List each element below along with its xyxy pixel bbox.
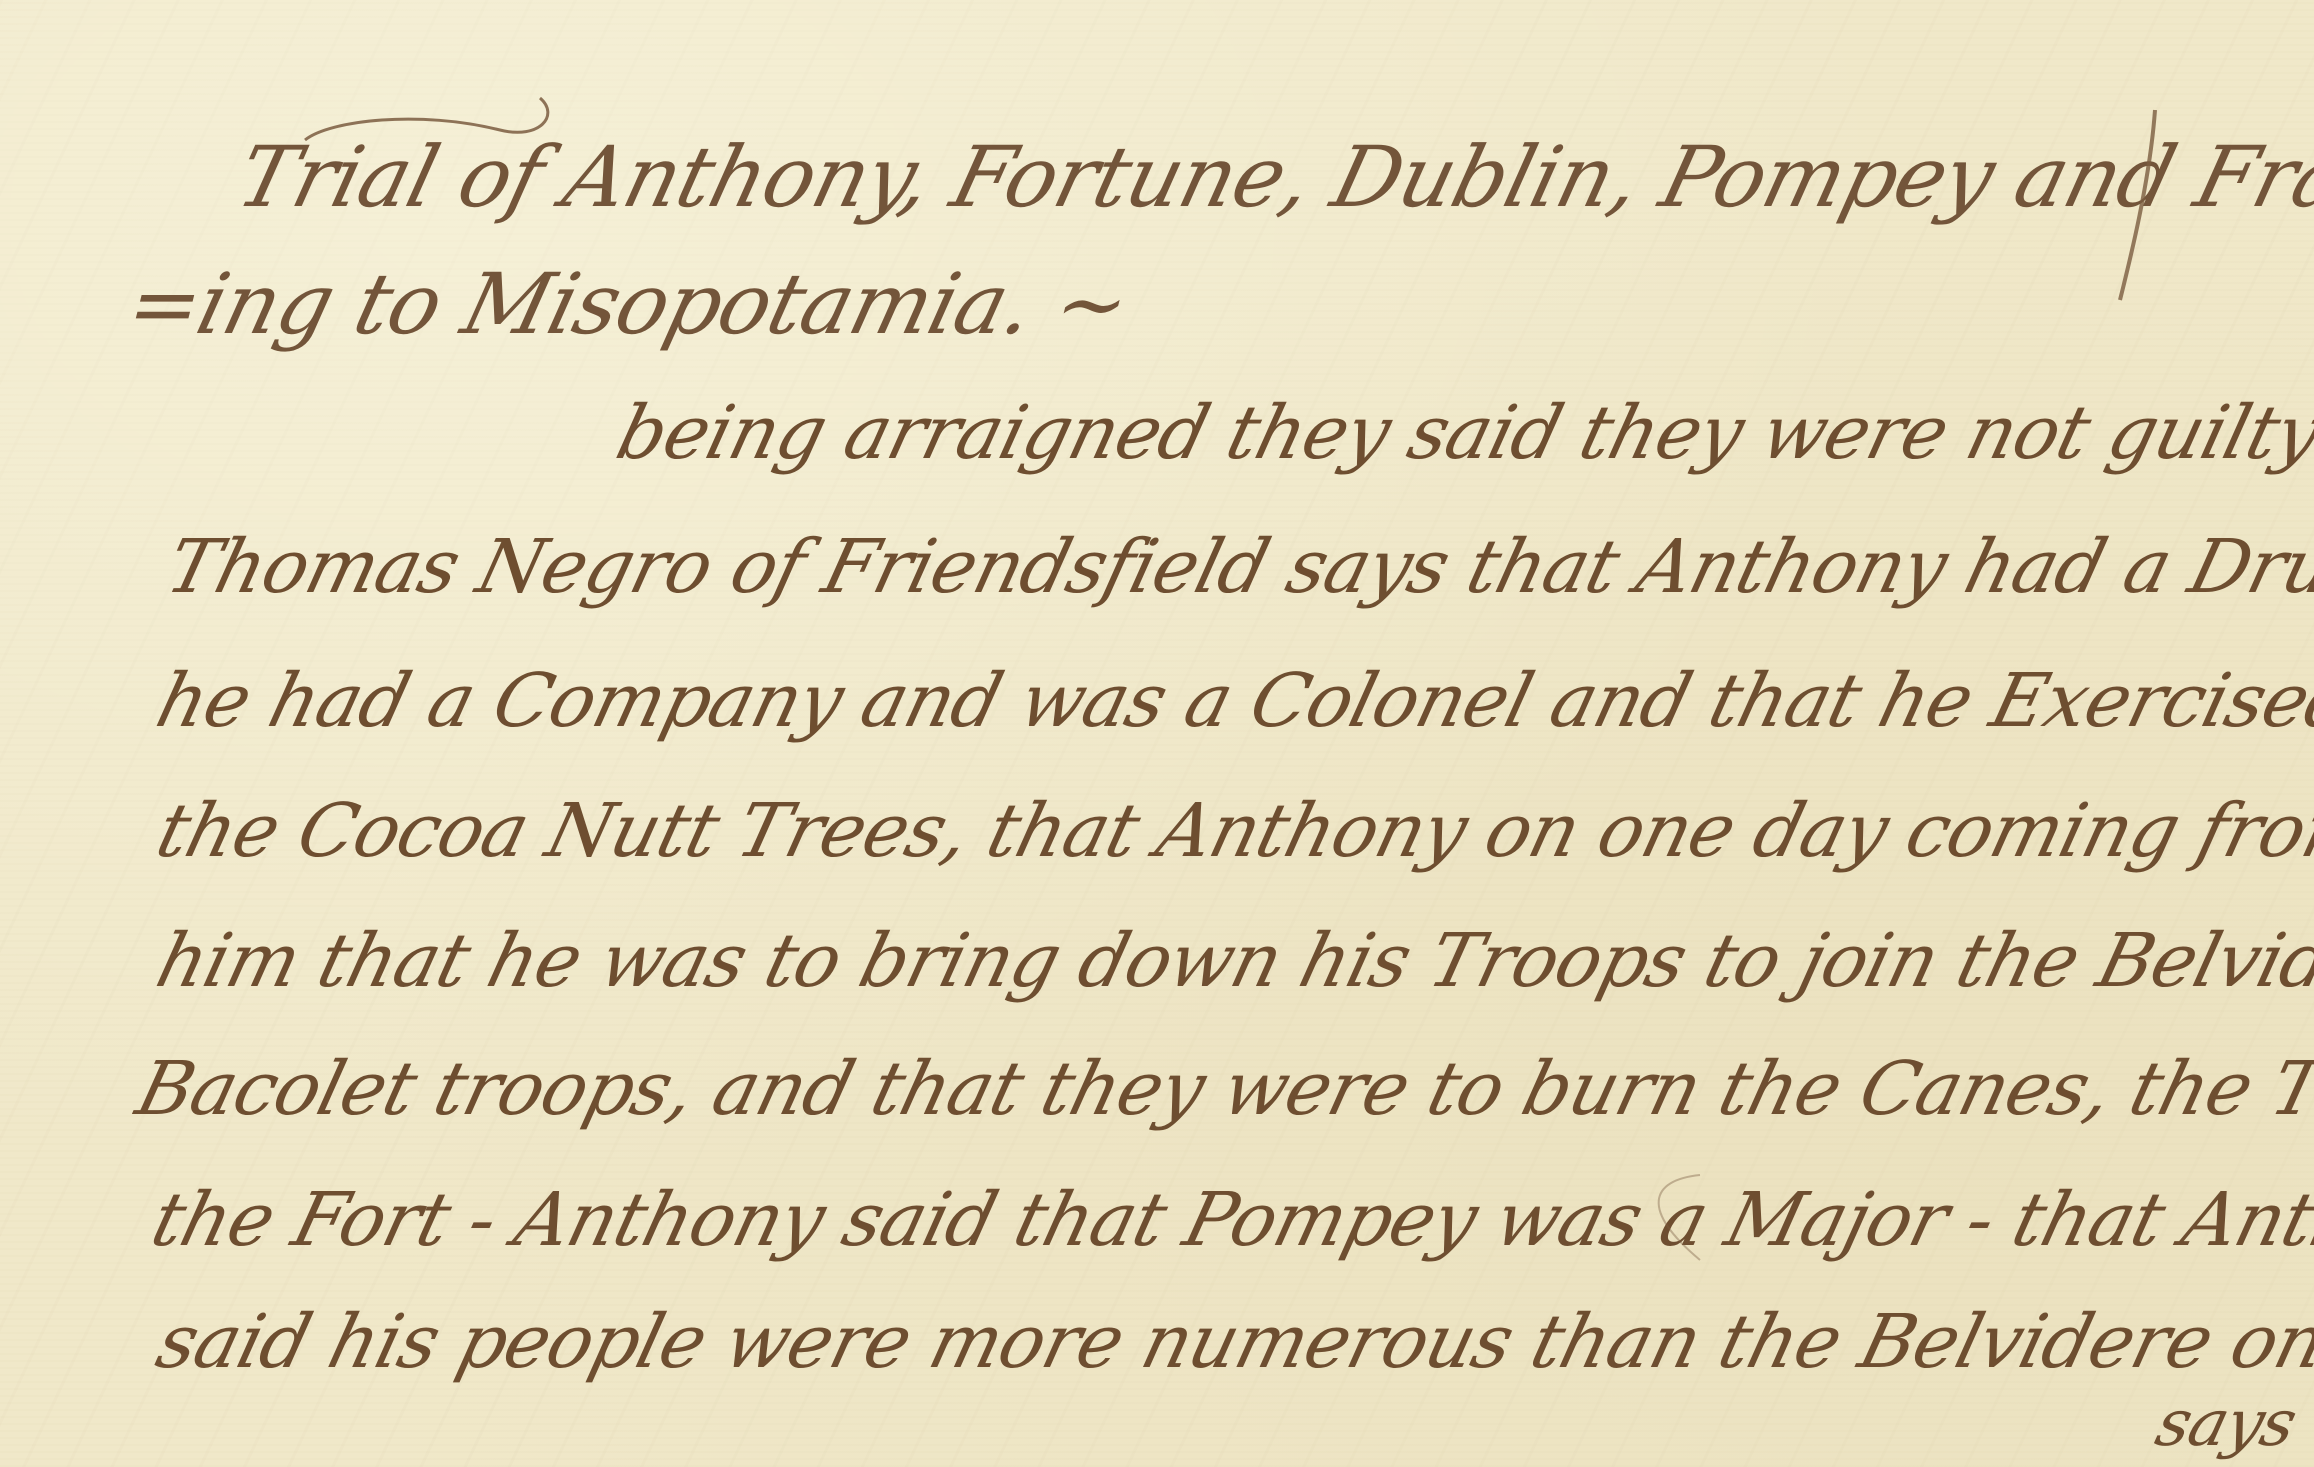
testimony-line-7: said his people were more numerous than … [150, 1305, 2314, 1379]
bleed-through-text [52, 20, 2267, 130]
arraignment-line: being arraigned they said they were not … [610, 396, 2314, 470]
catchword: says [2150, 1392, 2302, 1456]
testimony-line-5: Bacolet troops, and that they were to bu… [130, 1052, 2314, 1126]
testimony-line-2: he had a Company and was a Colonel and t… [150, 664, 2314, 738]
testimony-line-1: Thomas Negro of Friendsfield says that A… [160, 530, 2314, 604]
testimony-line-3: the Cocoa Nutt Trees, that Anthony on on… [150, 794, 2314, 868]
testimony-line-4: him that he was to bring down his Troops… [150, 924, 2314, 998]
testimony-line-6: the Fort - Anthony said that Pompey was … [145, 1183, 2314, 1257]
title-line-2: =ing to Misopotamia. ~ [120, 262, 1137, 346]
title-line-1: Trial of Anthony, Fortune, Dublin, Pompe… [230, 135, 2314, 219]
